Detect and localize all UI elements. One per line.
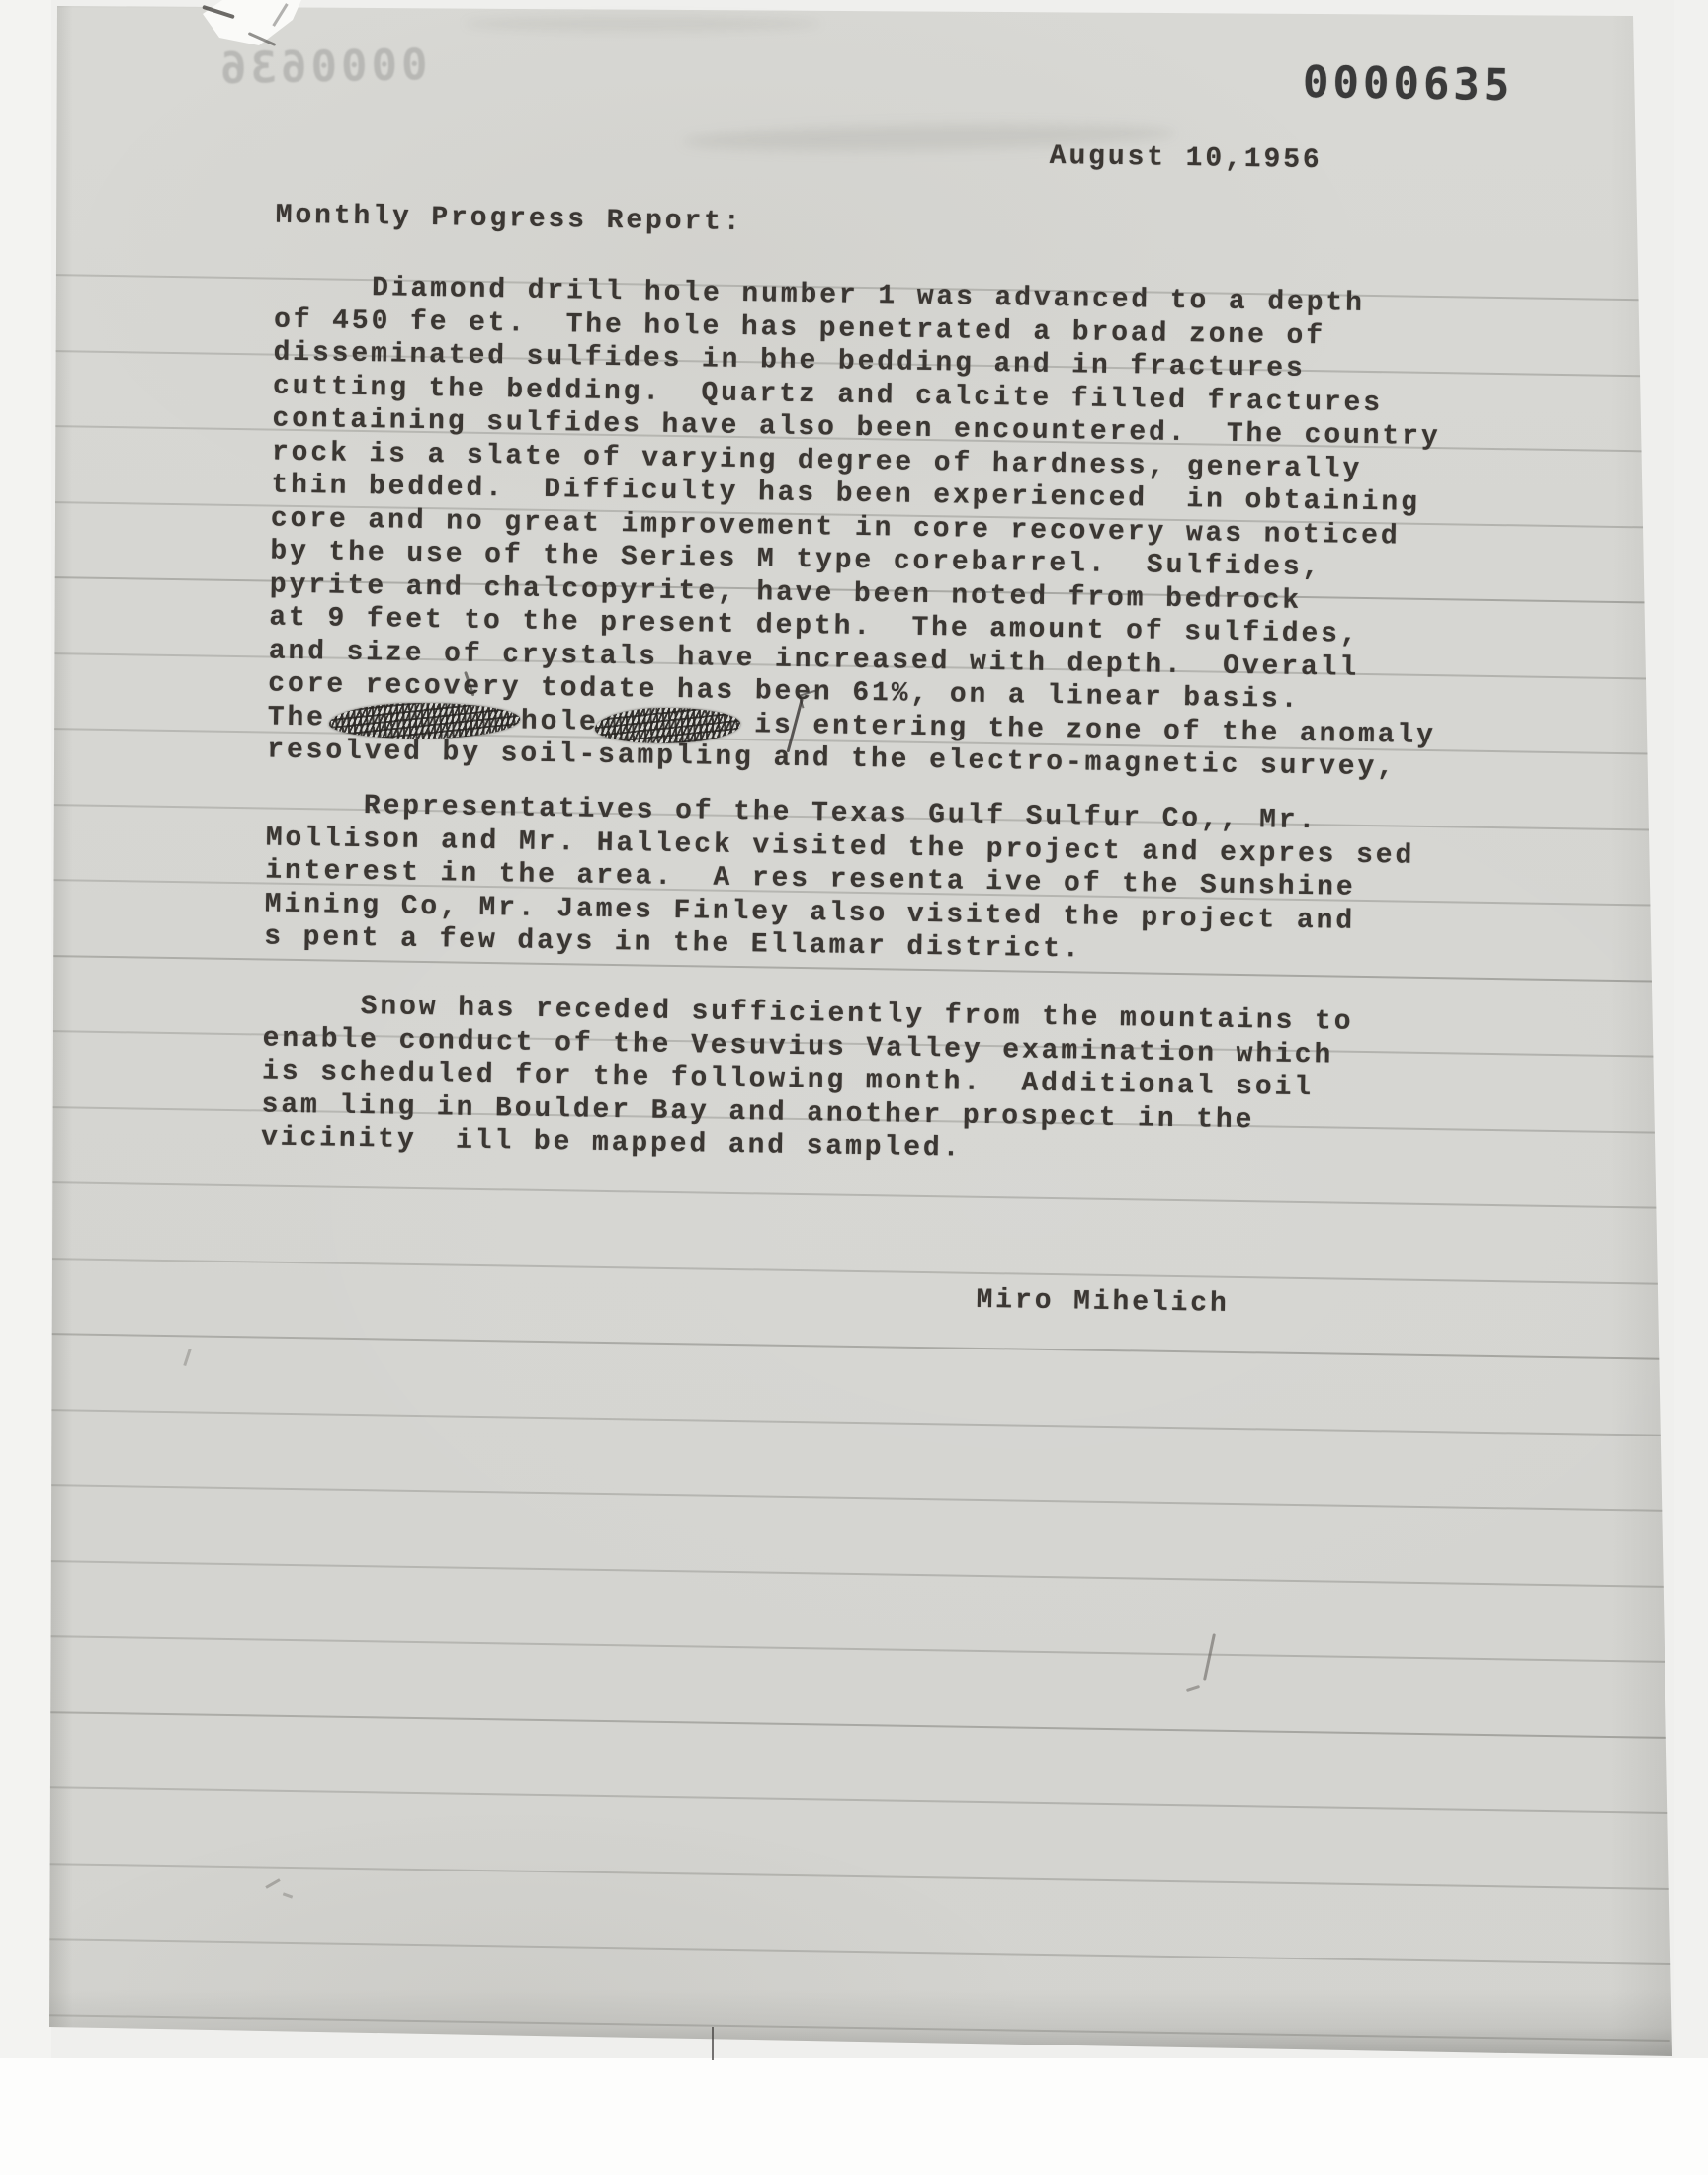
scan-margin-left [0, 0, 51, 2058]
signature-name: Miro Mihelich [976, 1284, 1230, 1322]
report-title: Monthly Progress Report: [275, 200, 742, 240]
ruled-line [7, 1559, 1677, 1588]
scan-margin-right [1674, 0, 1708, 2058]
ruled-line [0, 2013, 1670, 2042]
scanned-document-page: { "document": { "stamp_number": "0000635… [0, 0, 1708, 2175]
body-paragraph-3: Snow has receded sufficiently from the m… [261, 989, 1354, 1172]
body-paragraph-2: Representatives of the Texas Gulf Sulfur… [264, 789, 1415, 973]
page-stamp-number: 0000635 [1303, 57, 1514, 111]
ruled-line [10, 1408, 1680, 1436]
ruled-line [5, 1710, 1675, 1739]
ruled-line [4, 1785, 1674, 1814]
scan-margin-bottom [0, 2058, 1708, 2175]
ruled-line [11, 1333, 1681, 1361]
document-date: August 10,1956 [1049, 140, 1322, 178]
paper-sheet: 0000636 0000635 August 10,1956 Monthly P… [0, 0, 1708, 2175]
ruled-line [1, 1937, 1671, 1965]
ruled-line [9, 1484, 1679, 1513]
bottom-edge-tick-mark [712, 2027, 714, 2060]
top-smear [465, 16, 820, 32]
typed-content-layer: 0000636 0000635 August 10,1956 Monthly P… [19, 8, 1682, 2110]
ruled-line [3, 1862, 1673, 1890]
ruled-line [6, 1634, 1676, 1663]
ruled-line [13, 1181, 1683, 1210]
ruled-line [12, 1257, 1682, 1285]
mirrored-stamp-bleedthrough: 0000636 [216, 40, 428, 94]
